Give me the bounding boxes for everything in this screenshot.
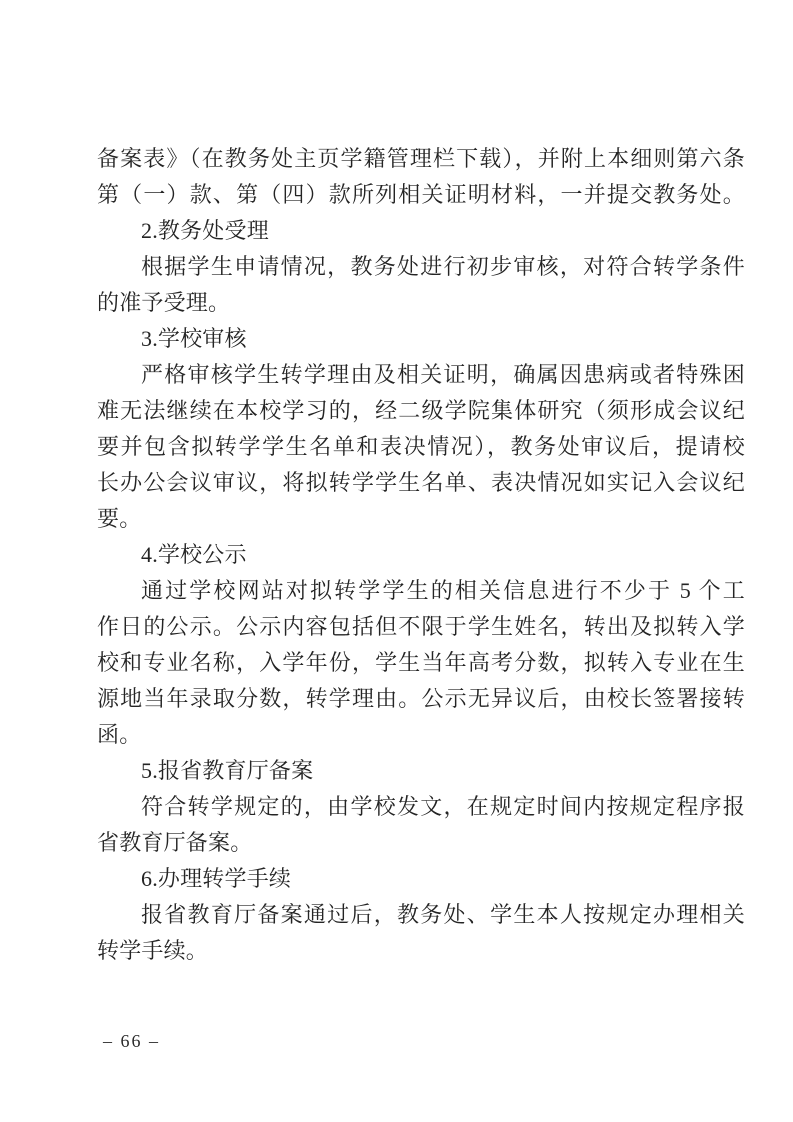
text-line: 第（一）款、第（四）款所列相关证明材料，一并提交教务处。 xyxy=(97,177,745,213)
text-line: 符合转学规定的，由学校发文，在规定时间内按规定程序报 xyxy=(97,789,745,825)
text-line: 转学手续。 xyxy=(97,933,745,969)
text-line: 校和专业名称，入学年份，学生当年高考分数，拟转入专业在生 xyxy=(97,645,745,681)
text-line: 的准予受理。 xyxy=(97,285,745,321)
text-line: 难无法继续在本校学习的，经二级学院集体研究（须形成会议纪 xyxy=(97,393,745,429)
section-heading: 3.学校审核 xyxy=(97,321,745,357)
text-line: 要。 xyxy=(97,501,745,537)
text-line: 长办公会议审议，将拟转学学生名单、表决情况如实记入会议纪 xyxy=(97,465,745,501)
text-line: 源地当年录取分数，转学理由。公示无异议后，由校长签署接转 xyxy=(97,681,745,717)
page-number: – 66 – xyxy=(103,1029,160,1053)
text-line: 通过学校网站对拟转学学生的相关信息进行不少于 5 个工 xyxy=(97,573,745,609)
text-line: 函。 xyxy=(97,717,745,753)
text-line: 省教育厅备案。 xyxy=(97,825,745,861)
section-heading: 6.办理转学手续 xyxy=(97,861,745,897)
text-line: 备案表》（在教务处主页学籍管理栏下载），并附上本细则第六条 xyxy=(97,141,745,177)
section-heading: 2.教务处受理 xyxy=(97,213,745,249)
text-line: 严格审核学生转学理由及相关证明，确属因患病或者特殊困 xyxy=(97,357,745,393)
text-line: 作日的公示。公示内容包括但不限于学生姓名，转出及拟转入学 xyxy=(97,609,745,645)
document-body: 备案表》（在教务处主页学籍管理栏下载），并附上本细则第六条第（一）款、第（四）款… xyxy=(97,141,745,969)
document-page: 备案表》（在教务处主页学籍管理栏下载），并附上本细则第六条第（一）款、第（四）款… xyxy=(0,0,793,1122)
text-line: 要并包含拟转学学生名单和表决情况），教务处审议后，提请校 xyxy=(97,429,745,465)
section-heading: 5.报省教育厅备案 xyxy=(97,753,745,789)
section-heading: 4.学校公示 xyxy=(97,537,745,573)
text-line: 根据学生申请情况，教务处进行初步审核，对符合转学条件 xyxy=(97,249,745,285)
text-line: 报省教育厅备案通过后，教务处、学生本人按规定办理相关 xyxy=(97,897,745,933)
